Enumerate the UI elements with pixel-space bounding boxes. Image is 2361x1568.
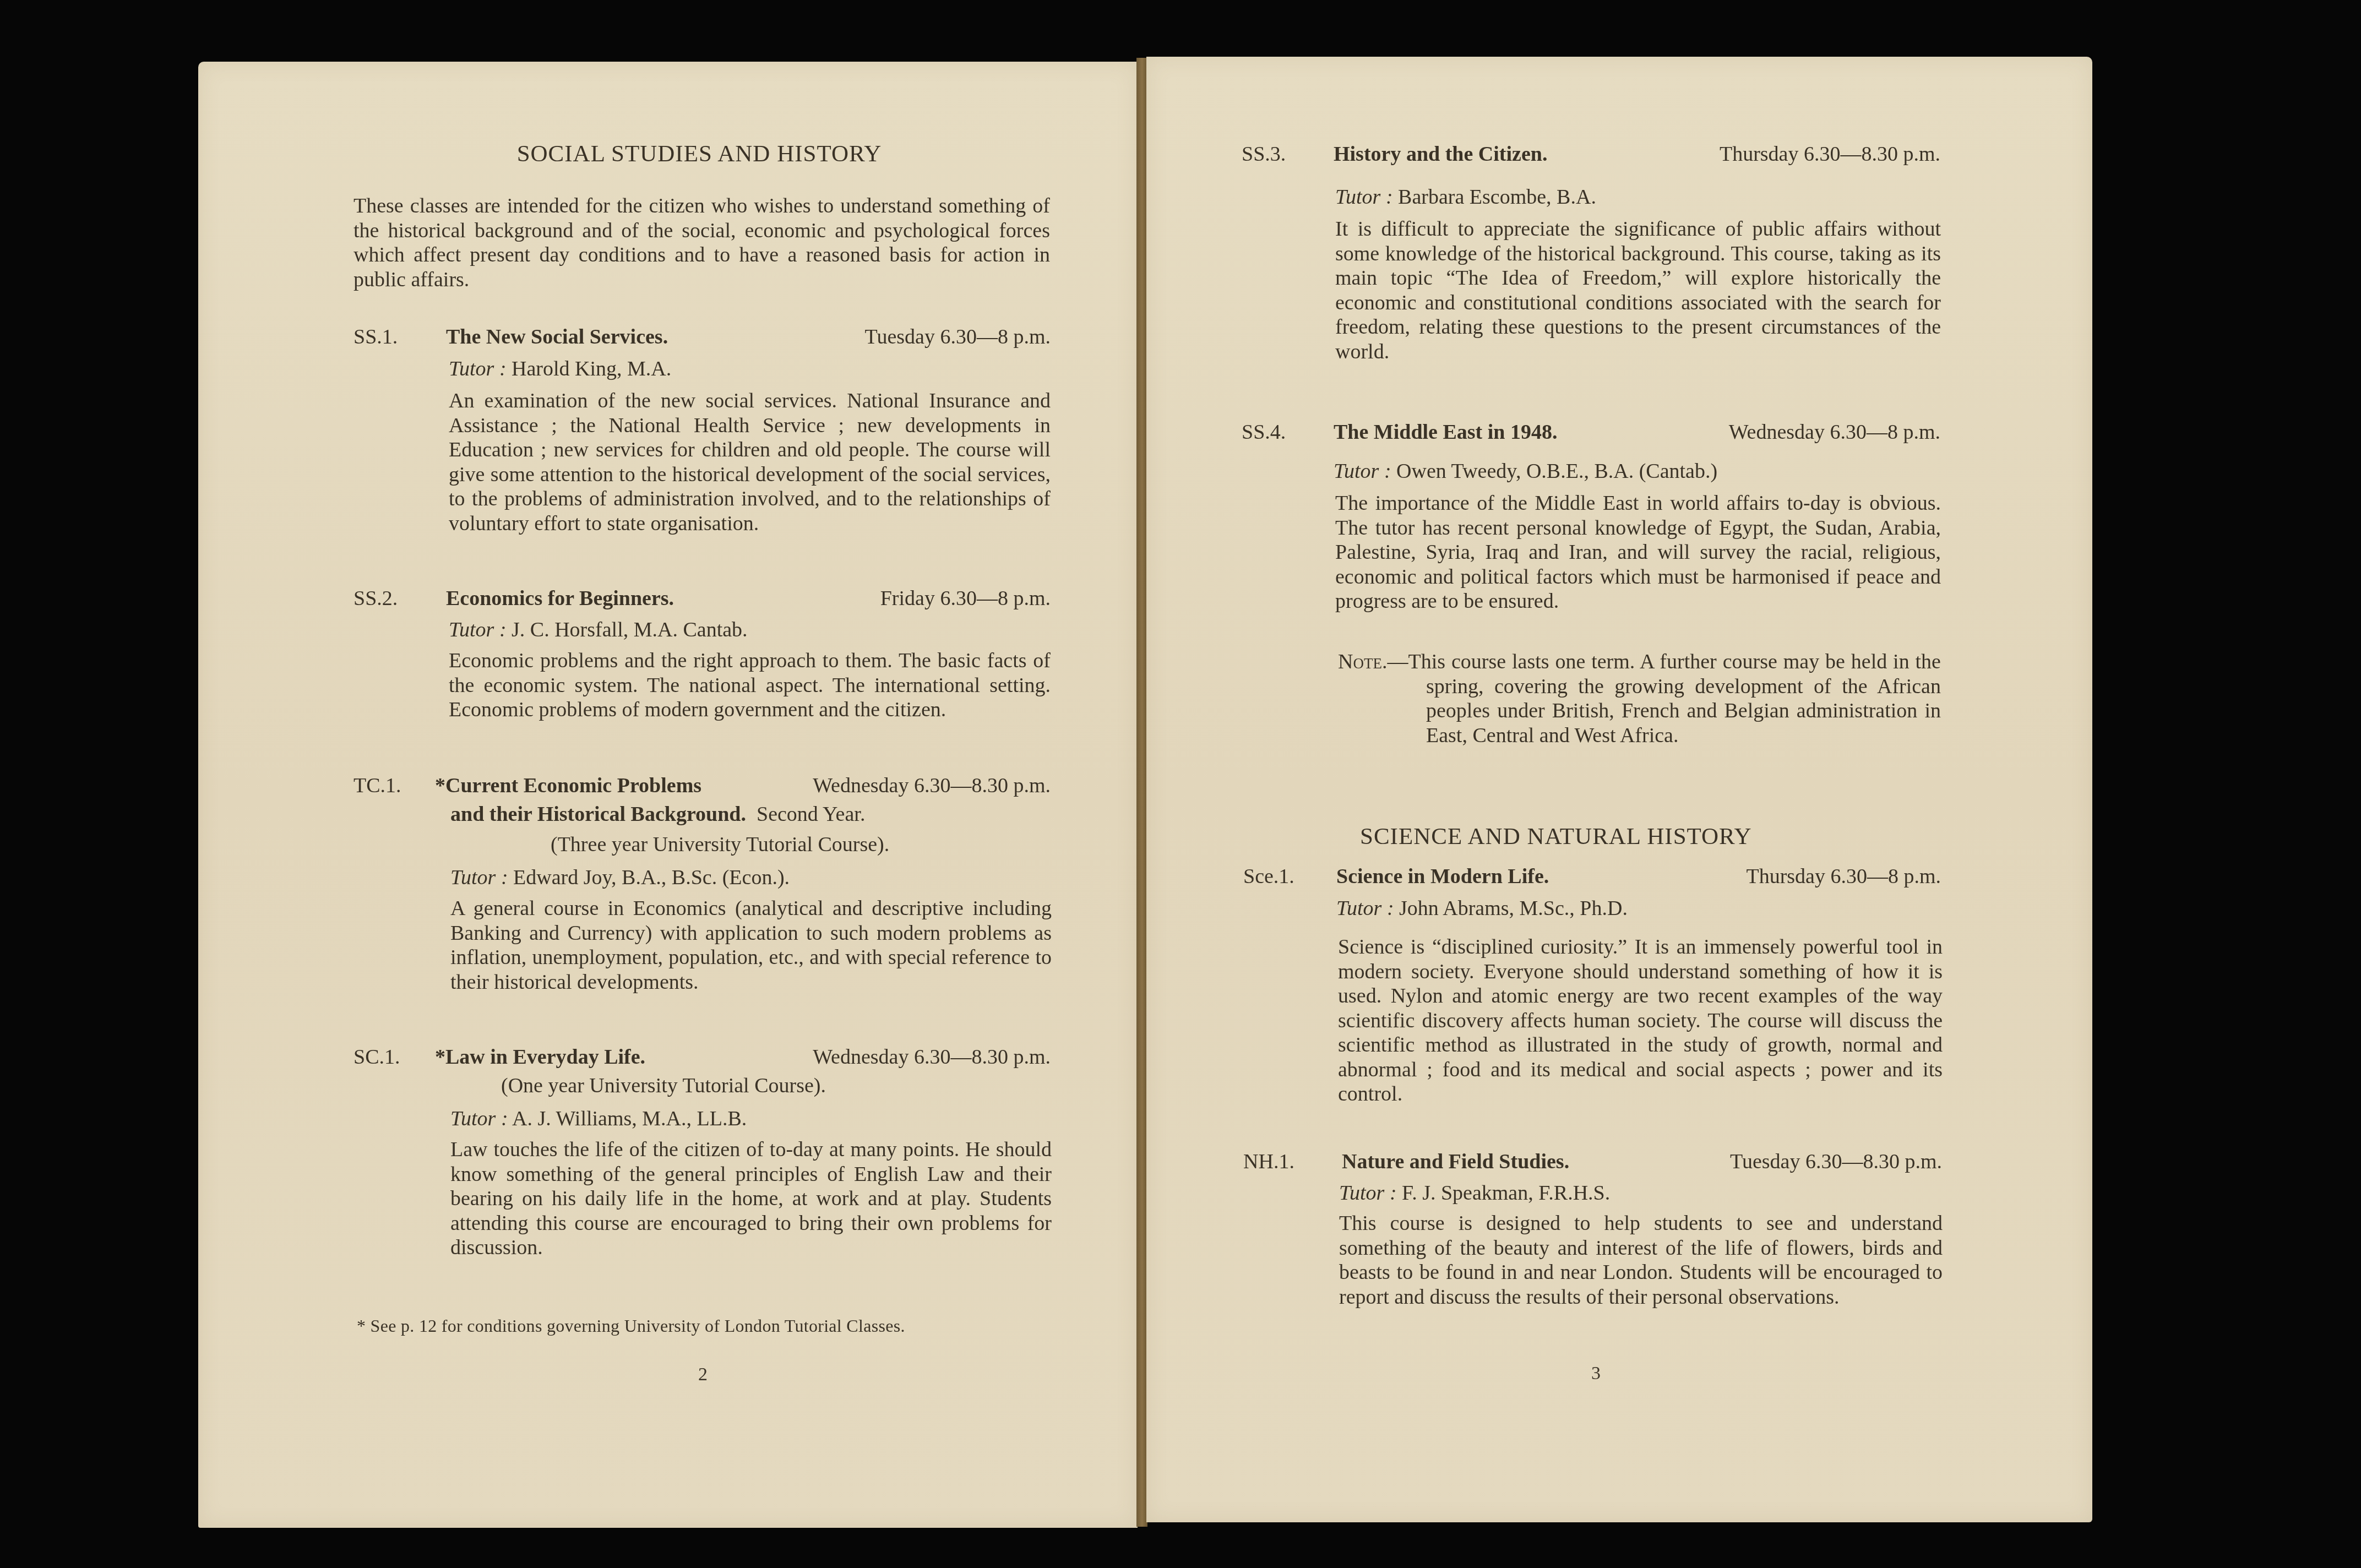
page-number-left: 2 [698,1364,708,1385]
course-schedule: Wednesday 6.30—8 p.m. [1729,420,1940,444]
tutor-label: Tutor : [450,1107,508,1130]
course-description: A general course in Economics (analytica… [450,896,1052,994]
course-title: Science in Modern Life. [1336,864,1549,889]
course-code: SS.2. [353,586,398,611]
note-label: Note.— [1338,650,1408,673]
section-intro: These classes are intended for the citiz… [353,194,1050,292]
tutor-name: John Abrams, M.Sc., Ph.D. [1399,897,1628,920]
tutor-name: A. J. Williams, M.A., LL.B. [512,1107,747,1130]
tutor-name: Harold King, M.A. [512,357,671,380]
section-heading-science: SCIENCE AND NATURAL HISTORY [1338,823,1911,850]
tutor-label: Tutor : [449,357,507,380]
course-code: SS.4. [1242,420,1286,444]
section-heading-social-studies: SOCIAL STUDIES AND HISTORY [352,140,1046,167]
course-code: SC.1. [353,1045,400,1069]
course-note: Note.—This course lasts one term. A furt… [1338,650,1941,748]
tutor-name: F. J. Speakman, F.R.H.S. [1402,1182,1610,1205]
course-title: The Middle East in 1948. [1334,420,1557,444]
course-schedule: Tuesday 6.30—8 p.m. [865,325,1051,349]
note-text: This course lasts one term. A further co… [1408,650,1941,747]
course-description: This course is designed to help students… [1339,1211,1943,1309]
course-description: It is difficult to appreciate the signif… [1335,217,1941,364]
course-tutor: Tutor : Edward Joy, B.A., B.Sc. (Econ.). [450,865,790,890]
course-title-row: Nature and Field Studies. Tuesday 6.30—8… [1342,1150,1942,1174]
course-tutor: Tutor : John Abrams, M.Sc., Ph.D. [1336,896,1628,921]
course-description: Economic problems and the right approach… [449,649,1051,722]
course-tutor: Tutor : Owen Tweedy, O.B.E., B.A. (Canta… [1334,459,1717,483]
course-title: The New Social Services. [446,325,668,349]
course-code: TC.1. [353,774,401,798]
course-subtitle: (One year University Tutorial Course). [501,1074,826,1098]
course-title-row: Science in Modern Life. Thursday 6.30—8 … [1336,864,1941,889]
tutor-label: Tutor : [1335,186,1393,209]
course-code: NH.1. [1243,1150,1294,1174]
tutor-label: Tutor : [1334,460,1391,483]
course-title-row: History and the Citizen. Thursday 6.30—8… [1334,142,1940,166]
course-tutor: Tutor : A. J. Williams, M.A., LL.B. [450,1107,747,1131]
course-code: SS.3. [1242,142,1286,166]
course-title-line2: and their Historical Background. Second … [450,802,865,826]
course-tutor: Tutor : J. C. Horsfall, M.A. Cantab. [449,618,748,642]
course-tutor: Tutor : Barbara Escombe, B.A. [1335,185,1596,209]
course-year: Second Year. [757,803,865,826]
tutor-name: Owen Tweedy, O.B.E., B.A. (Cantab.) [1396,460,1717,483]
course-description: Law touches the life of the citizen of t… [450,1137,1052,1260]
tutor-label: Tutor : [450,866,508,889]
course-subtitle: (Three year University Tutorial Course). [551,832,889,857]
course-title-row: The New Social Services. Tuesday 6.30—8 … [446,325,1051,349]
page-number-right: 3 [1591,1363,1601,1384]
tutor-label: Tutor : [1336,897,1394,920]
tutor-name: Barbara Escombe, B.A. [1398,186,1596,209]
course-title: Nature and Field Studies. [1342,1150,1569,1174]
tutor-label: Tutor : [449,618,507,641]
course-description: Science is “disciplined curiosity.” It i… [1338,935,1943,1107]
course-title-continued: and their Historical Background. [450,803,746,826]
course-description: An examination of the new social service… [449,389,1051,536]
tutor-name: Edward Joy, B.A., B.Sc. (Econ.). [513,866,790,889]
course-title-row: The Middle East in 1948. Wednesday 6.30—… [1334,420,1940,444]
course-tutor: Tutor : Harold King, M.A. [449,357,671,381]
course-schedule: Friday 6.30—8 p.m. [880,586,1051,611]
course-code: Sce.1. [1243,864,1294,889]
course-title-row: *Current Economic Problems Wednesday 6.3… [435,774,1051,798]
footnote: * See p. 12 for conditions governing Uni… [357,1316,905,1336]
tutor-name: J. C. Horsfall, M.A. Cantab. [512,618,748,641]
course-schedule: Wednesday 6.30—8.30 p.m. [813,1045,1051,1069]
course-tutor: Tutor : F. J. Speakman, F.R.H.S. [1339,1181,1610,1205]
course-title: *Law in Everyday Life. [435,1045,645,1069]
course-schedule: Thursday 6.30—8 p.m. [1746,864,1941,889]
course-code: SS.1. [353,325,398,349]
course-schedule: Tuesday 6.30—8.30 p.m. [1730,1150,1942,1174]
course-title-row: *Law in Everyday Life. Wednesday 6.30—8.… [435,1045,1051,1069]
course-title: History and the Citizen. [1334,142,1547,166]
course-title: Economics for Beginners. [446,586,674,611]
booklet-spine [1136,58,1147,1527]
course-title: *Current Economic Problems [435,774,701,798]
course-description: The importance of the Middle East in wor… [1335,491,1941,614]
course-title-row: Economics for Beginners. Friday 6.30—8 p… [446,586,1051,611]
tutor-label: Tutor : [1339,1182,1397,1205]
course-schedule: Wednesday 6.30—8.30 p.m. [813,774,1051,798]
course-schedule: Thursday 6.30—8.30 p.m. [1720,142,1940,166]
